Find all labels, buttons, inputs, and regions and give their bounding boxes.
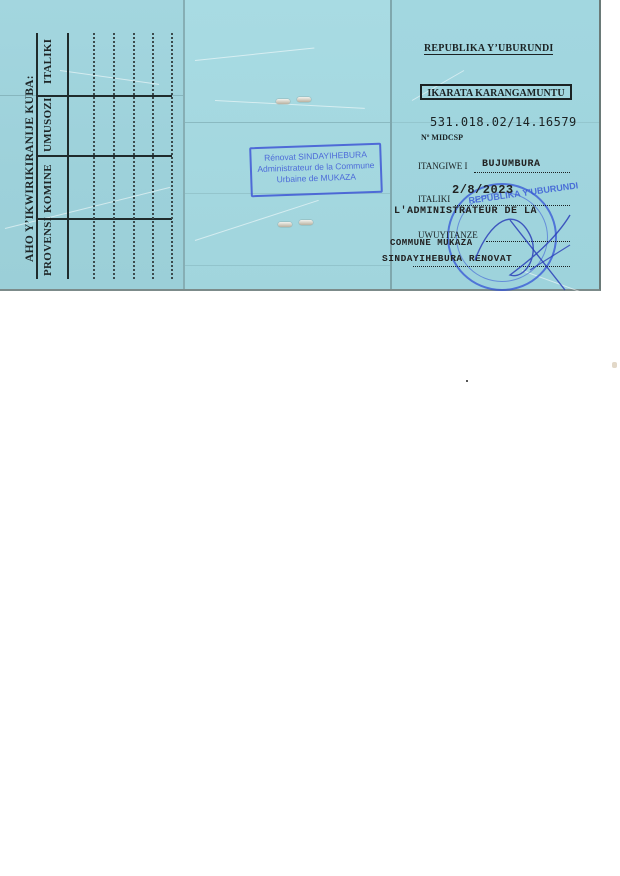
table-heading: AHO YʼIKWIRIKIRANIJE KUBA:: [24, 75, 36, 262]
fold-crease: [185, 265, 390, 266]
wrinkle: [195, 47, 314, 61]
scan-speck: [466, 380, 468, 382]
card-title: IKARATA KARANGAMUNTU: [420, 84, 572, 100]
staple: [299, 220, 313, 225]
signature-icon: [470, 200, 580, 295]
dotted-entry-line: [152, 33, 154, 279]
dotted-entry-line: [171, 33, 173, 279]
fold-crease: [185, 122, 390, 123]
column-header-provensi: PROVENSI: [42, 217, 54, 276]
column-header-komine: KOMINE: [42, 164, 54, 213]
commune-line: COMMUNE MUKAZA: [390, 238, 473, 248]
issued-at-label: ITANGIWE I: [418, 161, 468, 171]
date-value: 2/8/2023: [452, 183, 514, 197]
dotted-entry-line: [133, 33, 135, 279]
country-title: REPUBLIKA YʼUBURUNDI: [424, 43, 553, 55]
issued-at-value: BUJUMBURA: [482, 159, 541, 170]
administrator-rectangular-stamp: Rénovat SINDAYIHEBURA Administrateur de …: [249, 143, 383, 198]
id-number: 531.018.02/14.16579: [430, 115, 577, 129]
wrinkle: [60, 70, 159, 85]
column-header-umusozi: UMUSOZI: [42, 97, 54, 152]
staple: [297, 97, 311, 102]
left-panel-residence-table: AHO YʼIKWIRIKIRANIJE KUBA: PROVENSI KOMI…: [0, 0, 185, 289]
id-number-label: Nº MIDCSP: [421, 133, 463, 142]
staple: [276, 99, 290, 104]
dotted-entry-line: [113, 33, 115, 279]
scan-speck: [612, 362, 617, 368]
staple: [278, 222, 292, 227]
column-header-italiki: ITALIKI: [42, 39, 54, 84]
id-card: AHO YʼIKWIRIKIRANIJE KUBA: PROVENSI KOMI…: [0, 0, 601, 291]
date-label: ITALIKI: [418, 194, 450, 204]
dotted-entry-line: [93, 33, 95, 279]
